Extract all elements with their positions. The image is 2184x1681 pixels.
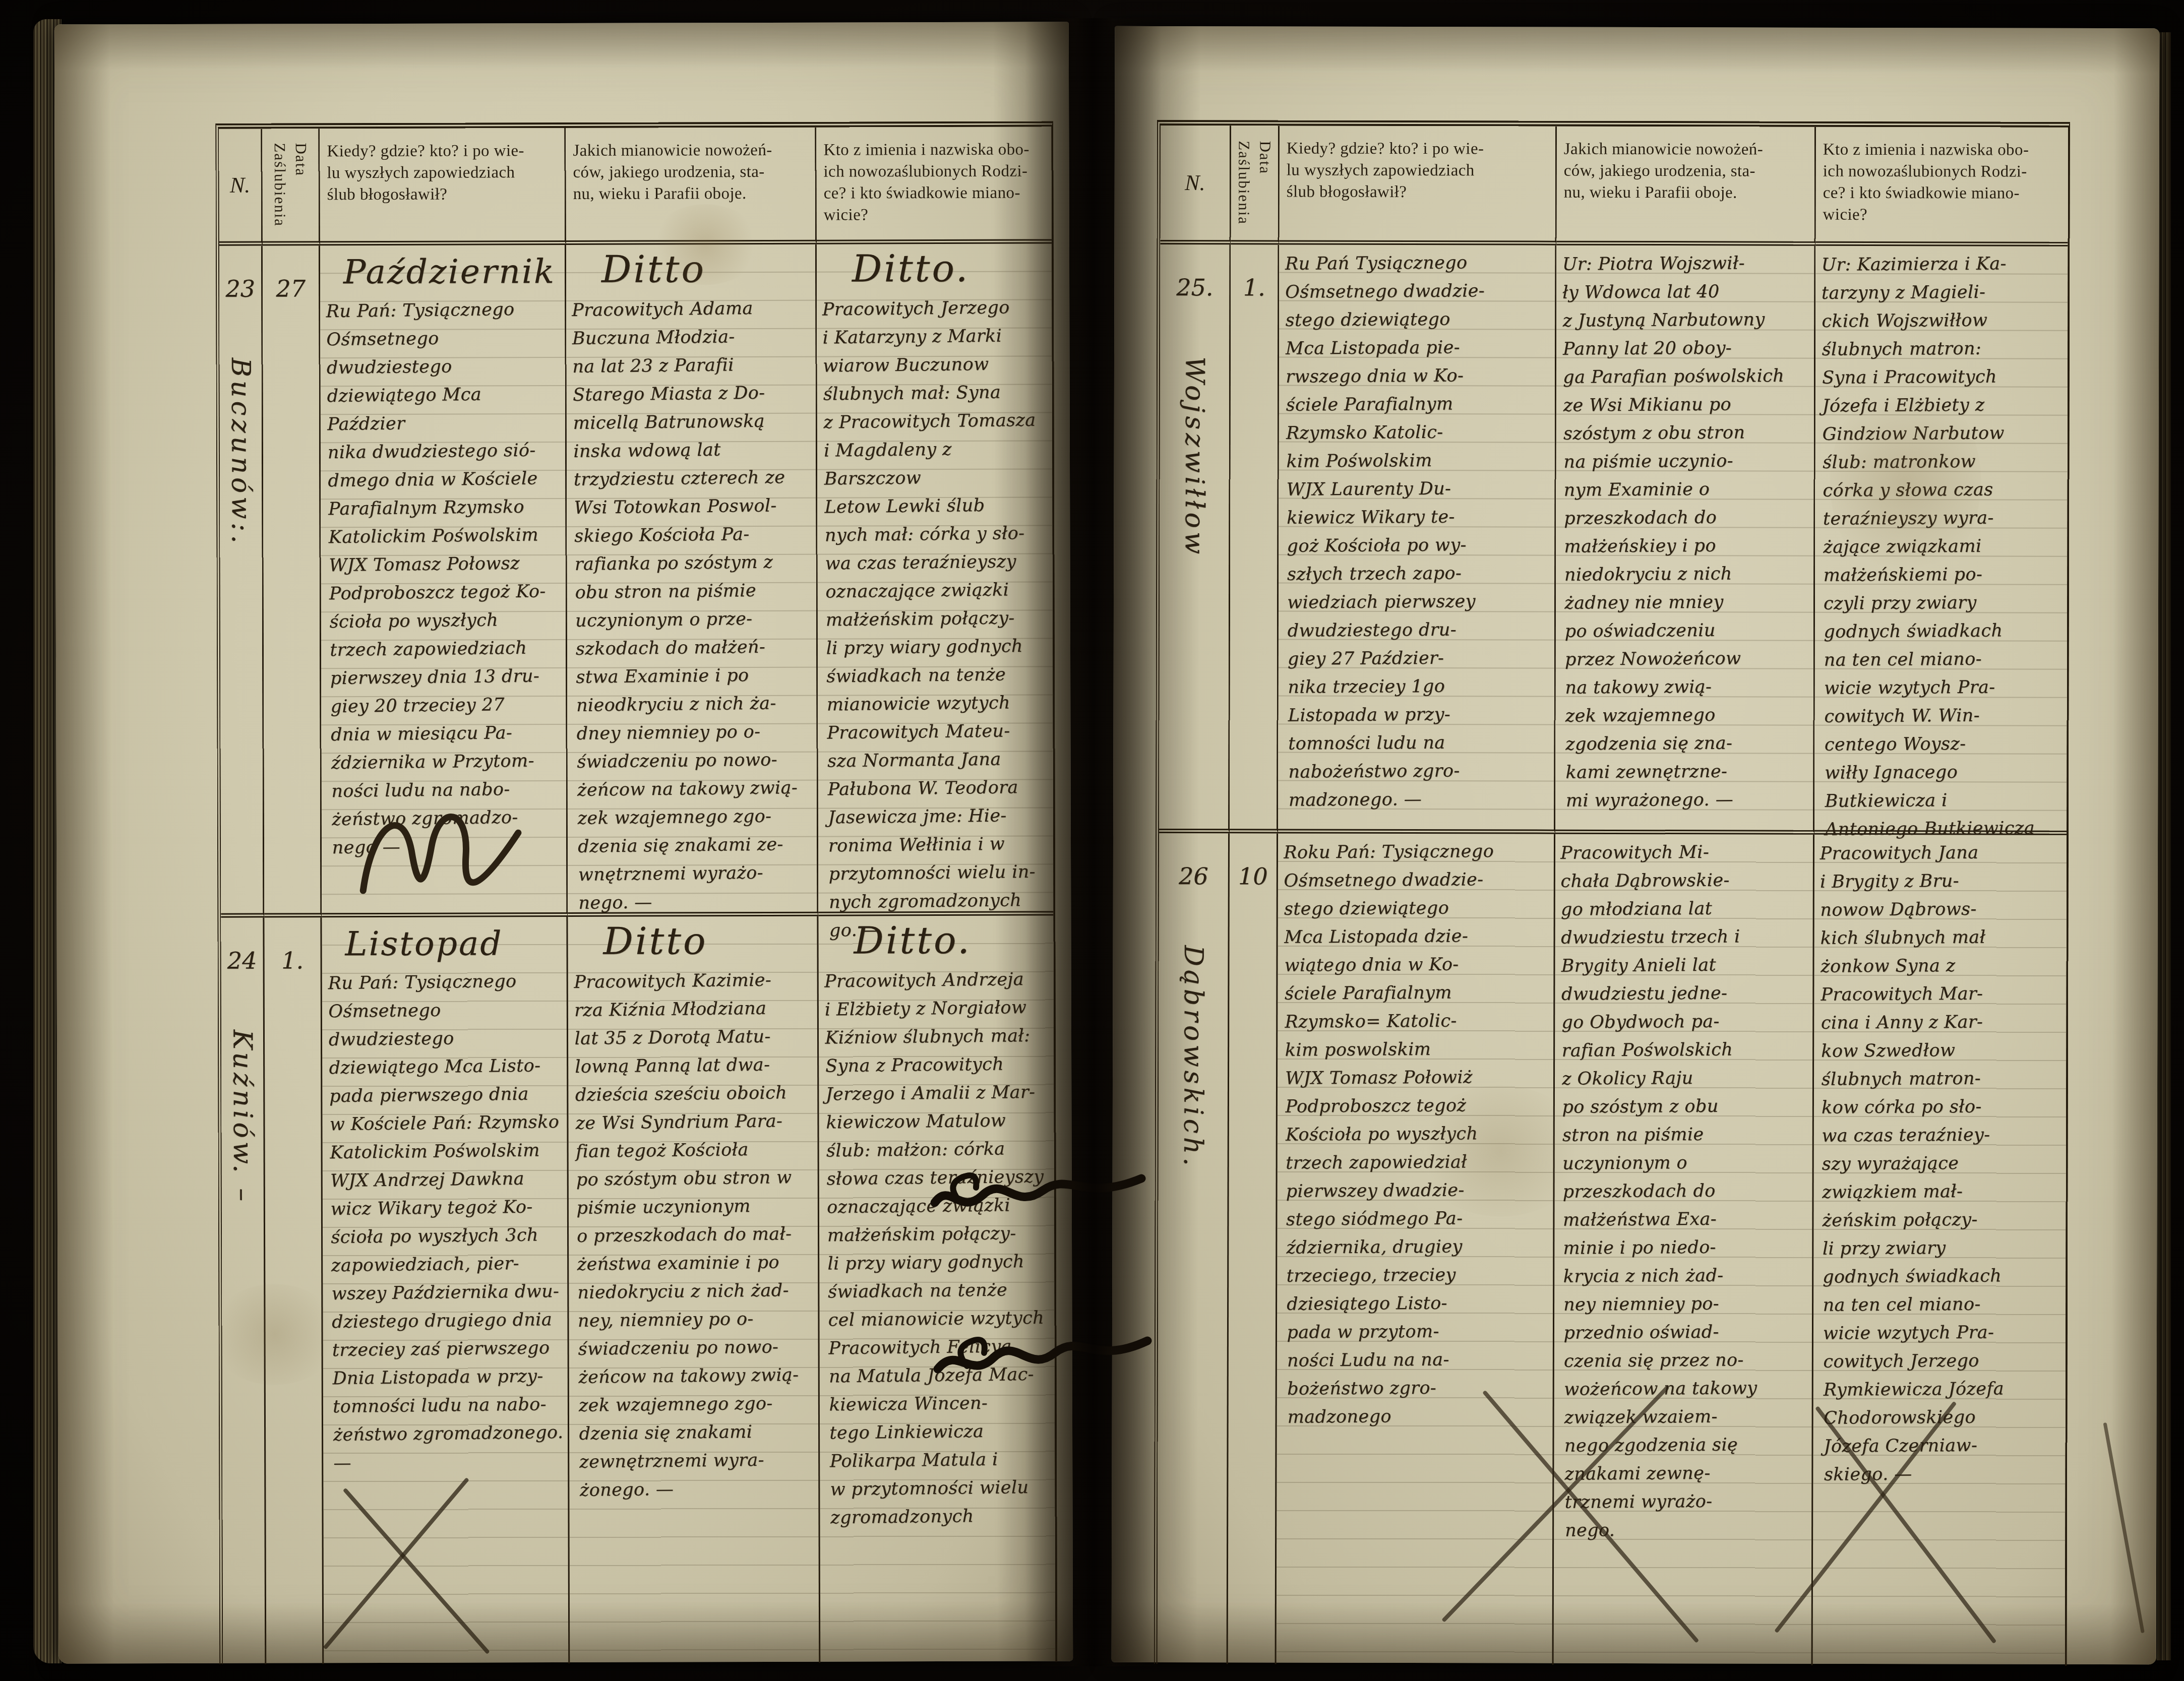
header-date-label: Data Zaślubienia	[1233, 141, 1276, 225]
entry-23-when-cell: Październik Ru Pań: Tysiącznego Ośmsetne…	[320, 245, 568, 917]
entry-26-who-cell: Pracowitych Mi- chała Dąbrowskie- go mło…	[1554, 834, 1814, 1665]
entry-24-when-cell: Listopad Ru Pań: Tysiącznego Ośmsetnego …	[322, 917, 570, 1664]
record-parents-text: Ur: Kazimierza i Ka- tarzyny z Magieli- …	[1813, 245, 2069, 844]
record-parents-text: Pracowitych Jana i Brygity z Bru- nowow …	[1811, 834, 2068, 1489]
header-col-who: Jakich mianowicie nowożeń- ców, jakiego …	[1556, 127, 1815, 246]
header-col-parents: Kto z imienia i nazwiska obo- ich nowoza…	[816, 127, 1052, 244]
ditto-mark: Ditto	[566, 244, 815, 291]
record-when-text: Ru Pań Tysiącznego Ośmsetnego dwadzie- s…	[1277, 244, 1556, 815]
entry-25-who-cell: Ur: Piotra Wojszwił- ły Wdowca lat 40 z …	[1555, 245, 1815, 835]
entry-24-date-cell: 1.	[264, 917, 324, 1664]
record-when-text: Roku Pań: Tysiącznego Ośmsetnego dwadzie…	[1276, 833, 1555, 1431]
ditto-mark: Ditto.	[818, 915, 1053, 962]
record-when-text: Ru Pań: Tysiącznego Ośmsetnego dwudziest…	[318, 291, 569, 862]
header-n-label: N.	[230, 172, 250, 198]
entry-date: 1.	[1243, 244, 1265, 301]
header-date-label: Data Zaślubienia	[269, 143, 312, 227]
entry-number: 26	[1179, 833, 1208, 890]
entry-26-when-cell: Roku Pań: Tysiącznego Ośmsetnego dwadzie…	[1277, 834, 1555, 1665]
entry-date: 10	[1238, 833, 1268, 890]
entry-date: 27	[276, 245, 306, 302]
margin-surname: Kuźniów. –	[227, 1030, 258, 1205]
record-when-text: Ru Pań: Tysiącznego Ośmsetnego dwudziest…	[320, 963, 570, 1477]
entry-24-who-cell: Ditto Pracowitych Kazimie- rza Kiźnia Mł…	[568, 916, 820, 1663]
entry-25-when-cell: Ru Pań Tysiącznego Ośmsetnego dwadzie- s…	[1278, 245, 1556, 834]
entry-number: 23	[225, 246, 255, 302]
entry-23-number-cell: 23 Buczunów:.	[219, 246, 264, 918]
entry-24-number-cell: 24 Kuźniów. –	[221, 918, 266, 1664]
margin-surname: Buczunów:.	[225, 358, 256, 547]
marriage-register-table-right: N. Data Zaślubienia Kiedy? gdzie? kto? i…	[1154, 120, 2070, 1666]
entry-number: 25.	[1176, 244, 1213, 301]
margin-surname: Dąbrowskich.	[1178, 945, 1208, 1169]
record-who-text: Pracowitych Kazimie- rza Kiźnia Młodzian…	[566, 962, 821, 1505]
left-page: N. Data Zaślubienia Kiedy? gdzie? kto? i…	[54, 22, 1073, 1663]
header-col-when: Kiedy? gdzie? kto? i po wie- lu wyszłych…	[1279, 126, 1556, 245]
entry-23-date-cell: 27	[263, 245, 322, 917]
header-n-label: N.	[1185, 170, 1205, 196]
entry-date: 1.	[281, 917, 304, 974]
entry-number: 24	[227, 918, 257, 974]
record-who-text: Pracowitych Mi- chała Dąbrowskie- go mło…	[1552, 834, 1814, 1545]
record-who-text: Ur: Piotra Wojszwił- ły Wdowca lat 40 z …	[1554, 245, 1815, 815]
header-col-when: Kiedy? gdzie? kto? i po wie- lu wyszłych…	[320, 128, 566, 245]
header-col-date: Data Zaślubienia	[1231, 126, 1279, 244]
header-col-n: N.	[1160, 126, 1231, 244]
entry-24-parents-cell: Ditto. Pracowitych Andrzeja i Elżbiety z…	[818, 915, 1055, 1662]
entry-25-date-cell: 1.	[1230, 244, 1279, 833]
record-parents-text: Pracowitych Andrzeja i Elżbiety z Norgia…	[816, 961, 1058, 1532]
header-col-n: N.	[219, 129, 263, 246]
month-heading: Listopad	[322, 917, 566, 964]
margin-surname: Wojszwiłłow	[1179, 356, 1210, 557]
record-parents-text: Pracowitych Jerzego i Katarzyny z Marki …	[814, 289, 1056, 945]
header-col-who: Jakich mianowicie nowożeń- ców, jakiego …	[566, 128, 817, 245]
record-who-text: Pracowitych Adama Buczuna Młodzia- na la…	[564, 290, 820, 918]
ditto-mark: Ditto.	[817, 243, 1052, 290]
entry-26-number-cell: 26 Dąbrowskich.	[1158, 833, 1230, 1664]
ditto-mark: Ditto	[568, 916, 817, 963]
entry-25-number-cell: 25. Wojszwiłłow	[1159, 244, 1231, 833]
month-heading: Październik	[320, 245, 565, 292]
scanned-register-photo: N. Data Zaślubienia Kiedy? gdzie? kto? i…	[0, 0, 2184, 1681]
entry-26-parents-cell: Pracowitych Jana i Brygity z Bru- nowow …	[1813, 835, 2067, 1666]
header-col-date: Data Zaślubienia	[262, 129, 320, 245]
right-page: N. Data Zaślubienia Kiedy? gdzie? kto? i…	[1112, 26, 2160, 1664]
entry-25-parents-cell: Ur: Kazimierza i Ka- tarzyny z Magieli- …	[1814, 246, 2068, 835]
entry-26-date-cell: 10	[1228, 833, 1278, 1664]
header-col-parents: Kto z imienia i nazwiska obo- ich nowoza…	[1815, 127, 2068, 246]
marriage-register-table-left: N. Data Zaślubienia Kiedy? gdzie? kto? i…	[215, 121, 1057, 1664]
entry-23-who-cell: Ditto Pracowitych Adama Buczuna Młodzia-…	[566, 244, 818, 917]
entry-23-parents-cell: Ditto. Pracowitych Jerzego i Katarzyny z…	[817, 243, 1053, 916]
